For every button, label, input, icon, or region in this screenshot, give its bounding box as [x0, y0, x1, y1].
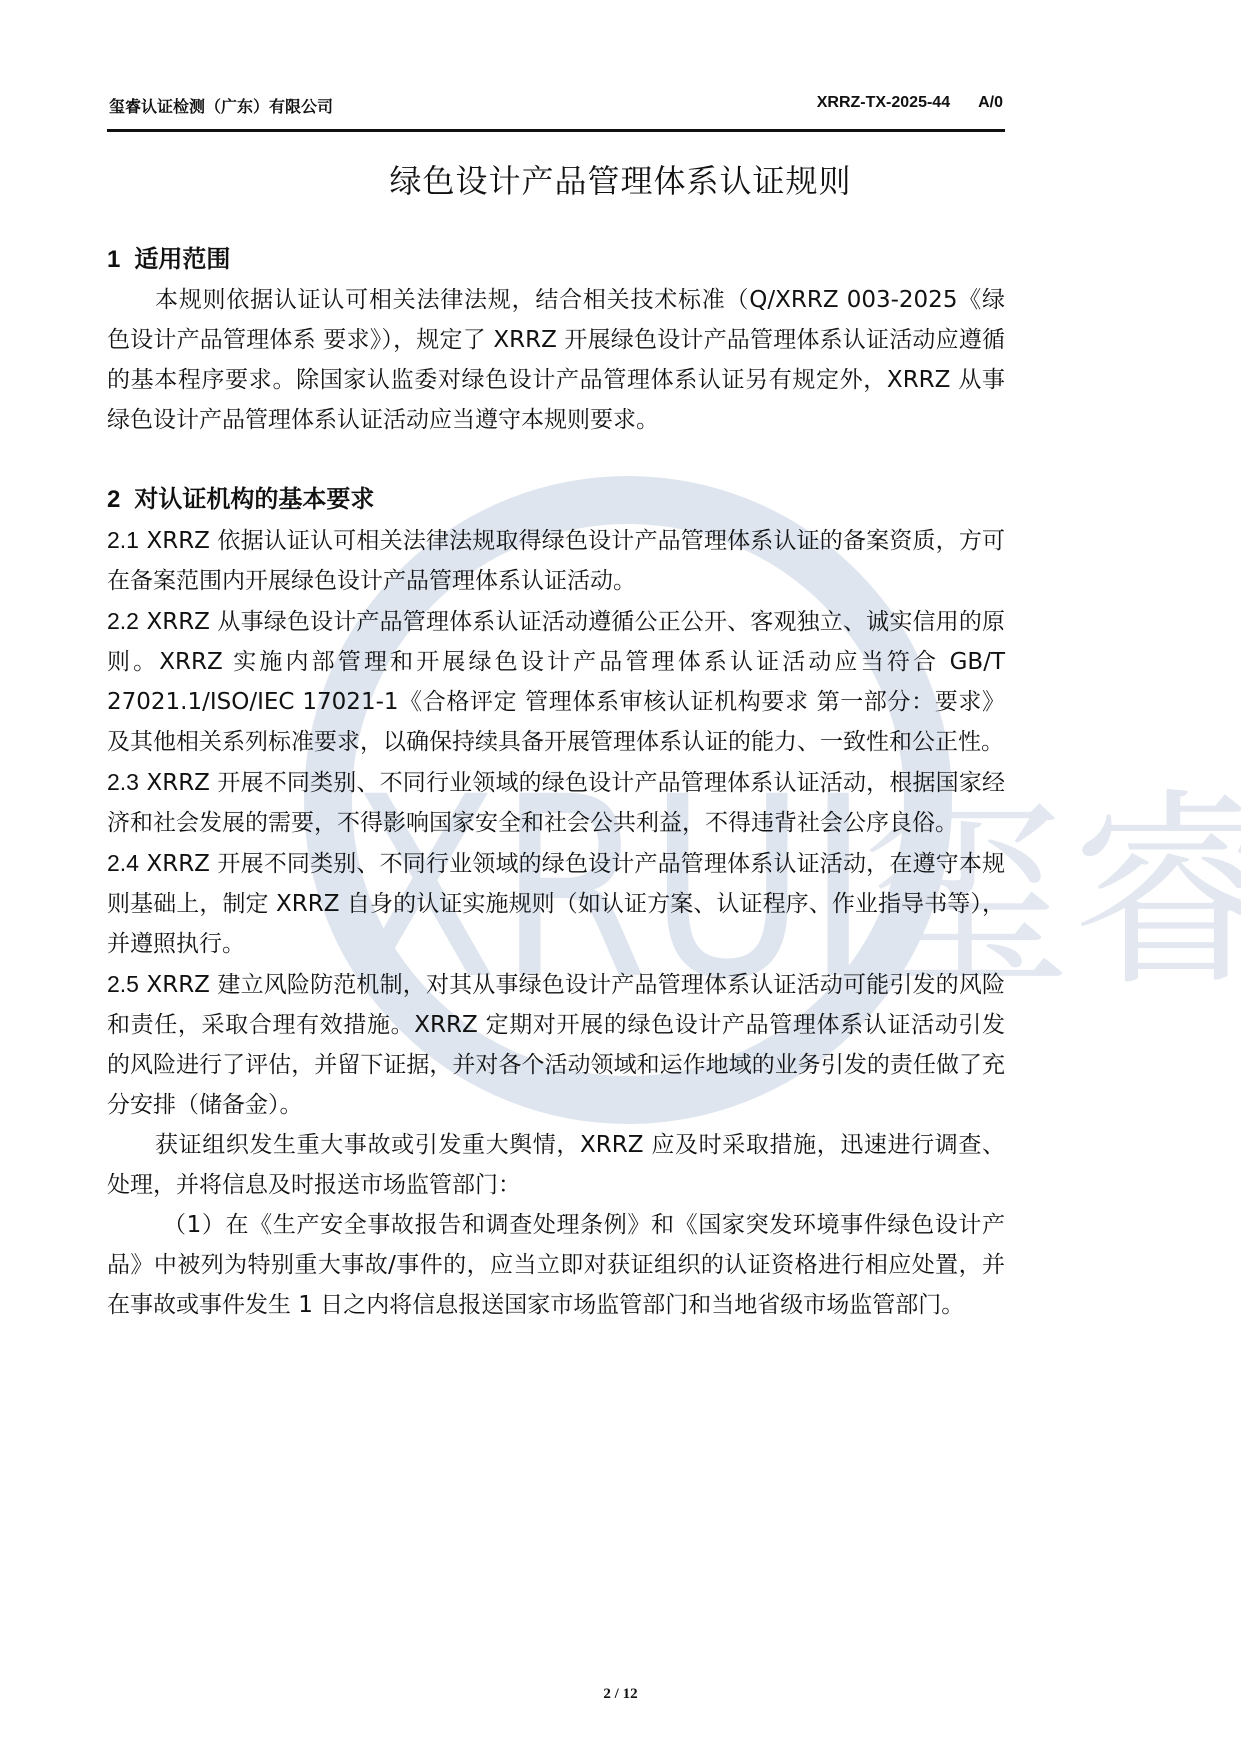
clause: 2.2 XRRZ 从事绿色设计产品管理体系认证活动遵循公正公开、客观独立、诚实信…: [107, 601, 1005, 762]
section-number: 1: [107, 246, 120, 273]
document-body: 1适用范围 本规则依据认证认可相关法律法规，结合相关技术标准（Q/XRRZ 00…: [107, 238, 1005, 1325]
section-heading: 2对认证机构的基本要求: [107, 478, 1005, 520]
company-name: 玺睿认证检测（广东）有限公司: [109, 94, 333, 117]
clause-number: 2.4: [107, 850, 139, 876]
header-divider: [107, 129, 1005, 132]
paragraph: 获证组织发生重大事故或引发重大舆情，XRRZ 应及时采取措施，迅速进行调查、处理…: [107, 1125, 1005, 1205]
clause: 2.3 XRRZ 开展不同类别、不同行业领域的绿色设计产品管理体系认证活动，根据…: [107, 762, 1005, 843]
clause: 2.5 XRRZ 建立风险防范机制，对其从事绿色设计产品管理体系认证活动可能引发…: [107, 964, 1005, 1125]
paragraph: 本规则依据认证认可相关法律法规，结合相关技术标准（Q/XRRZ 003-2025…: [107, 280, 1005, 440]
clause-text: XRRZ 建立风险防范机制，对其从事绿色设计产品管理体系认证活动可能引发的风险和…: [107, 972, 1005, 1118]
clause: 2.4 XRRZ 开展不同类别、不同行业领域的绿色设计产品管理体系认证活动，在遵…: [107, 843, 1005, 964]
page-number: 2 / 12: [0, 1686, 1241, 1703]
document-code: XRRZ-TX-2025-44: [817, 94, 950, 111]
section-title: 对认证机构的基本要求: [134, 485, 374, 513]
clause-number: 2.2: [107, 608, 139, 634]
page-header: 玺睿认证检测（广东）有限公司 XRRZ-TX-2025-44A/0: [107, 90, 1003, 124]
section-heading: 1适用范围: [107, 238, 1005, 280]
clause-text: XRRZ 开展不同类别、不同行业领域的绿色设计产品管理体系认证活动，根据国家经济…: [107, 770, 1005, 836]
clause-number: 2.5: [107, 971, 139, 997]
clause: 2.1 XRRZ 依据认证认可相关法律法规取得绿色设计产品管理体系认证的备案资质…: [107, 520, 1005, 601]
page-title: 绿色设计产品管理体系认证规则: [0, 156, 1241, 202]
revision: A/0: [978, 94, 1003, 111]
clause-text: XRRZ 依据认证认可相关法律法规取得绿色设计产品管理体系认证的备案资质，方可在…: [107, 528, 1005, 594]
clause-text: XRRZ 开展不同类别、不同行业领域的绿色设计产品管理体系认证活动，在遵守本规则…: [107, 851, 1005, 957]
clause-text: XRRZ 从事绿色设计产品管理体系认证活动遵循公正公开、客观独立、诚实信用的原则…: [107, 609, 1005, 755]
clause-number: 2.1: [107, 527, 139, 553]
section-number: 2: [107, 486, 120, 513]
document-page: XRUI 玺睿 玺睿认证检测（广东）有限公司 XRRZ-TX-2025-44A/…: [0, 0, 1241, 1754]
list-item: （1）在《生产安全事故报告和调查处理条例》和《国家突发环境事件绿色设计产品》中被…: [107, 1205, 1005, 1325]
clause-number: 2.3: [107, 769, 139, 795]
doc-code-block: XRRZ-TX-2025-44A/0: [817, 94, 1003, 112]
section-title: 适用范围: [134, 245, 230, 273]
